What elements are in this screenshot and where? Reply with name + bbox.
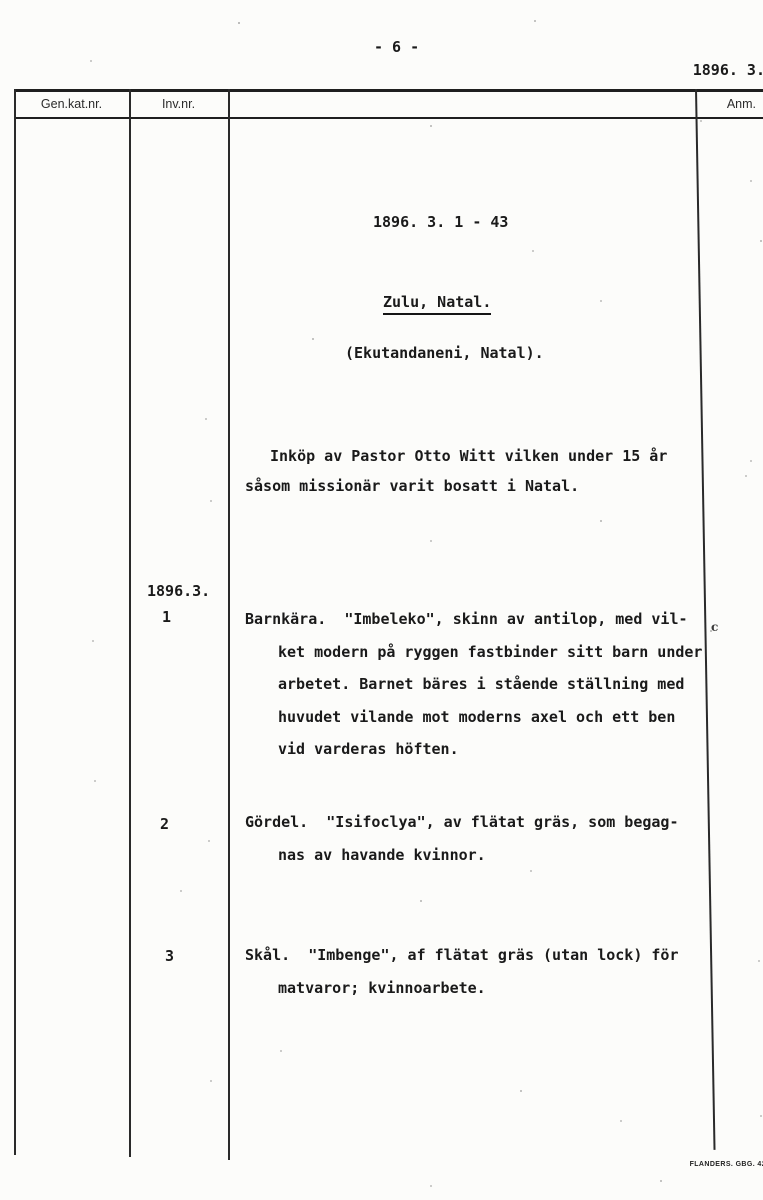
header-genkat-label: Gen.kat.nr. [14, 97, 129, 111]
header-invnr-label: Inv.nr. [129, 97, 228, 111]
intro-paragraph: Inköp av Pastor Otto Witt vilken under 1… [245, 441, 667, 501]
series-label: 1896.3. [147, 582, 210, 600]
invnr-cell: 2 [160, 817, 169, 832]
group-subheading: (Ekutandaneni, Natal). [345, 344, 544, 362]
catalog-ref-top-right: 1896. 3. [693, 61, 763, 79]
range-heading: 1896. 3. 1 - 43 [373, 213, 508, 231]
page-number: - 6 - [374, 38, 419, 56]
table-header-divider [14, 117, 763, 119]
anm-mark-c: c [711, 620, 718, 634]
entry-text: Gördel. "Isifoclya", av flätat gräs, som… [278, 806, 678, 871]
printer-mark: FLANDERS. GBG. 42 [690, 1161, 763, 1168]
table-left-border [14, 89, 16, 1155]
entry-text: Skål. "Imbenge", af flätat gräs (utan lo… [278, 939, 678, 1004]
table-top-border [14, 89, 763, 92]
scanned-catalog-page: { "page": { "page_number": "- 6 -", "top… [0, 0, 763, 1200]
col-divider-genkat-inv [129, 89, 131, 1157]
invnr-cell: 1 [162, 610, 171, 625]
group-heading: Zulu, Natal. [383, 293, 491, 315]
scan-noise [238, 22, 240, 24]
header-anm-label: Anm. [727, 97, 756, 111]
invnr-cell: 3 [165, 949, 174, 964]
entry-text: Barnkära. "Imbeleko", skinn av antilop, … [278, 603, 702, 766]
col-divider-inv-main [228, 89, 230, 1160]
